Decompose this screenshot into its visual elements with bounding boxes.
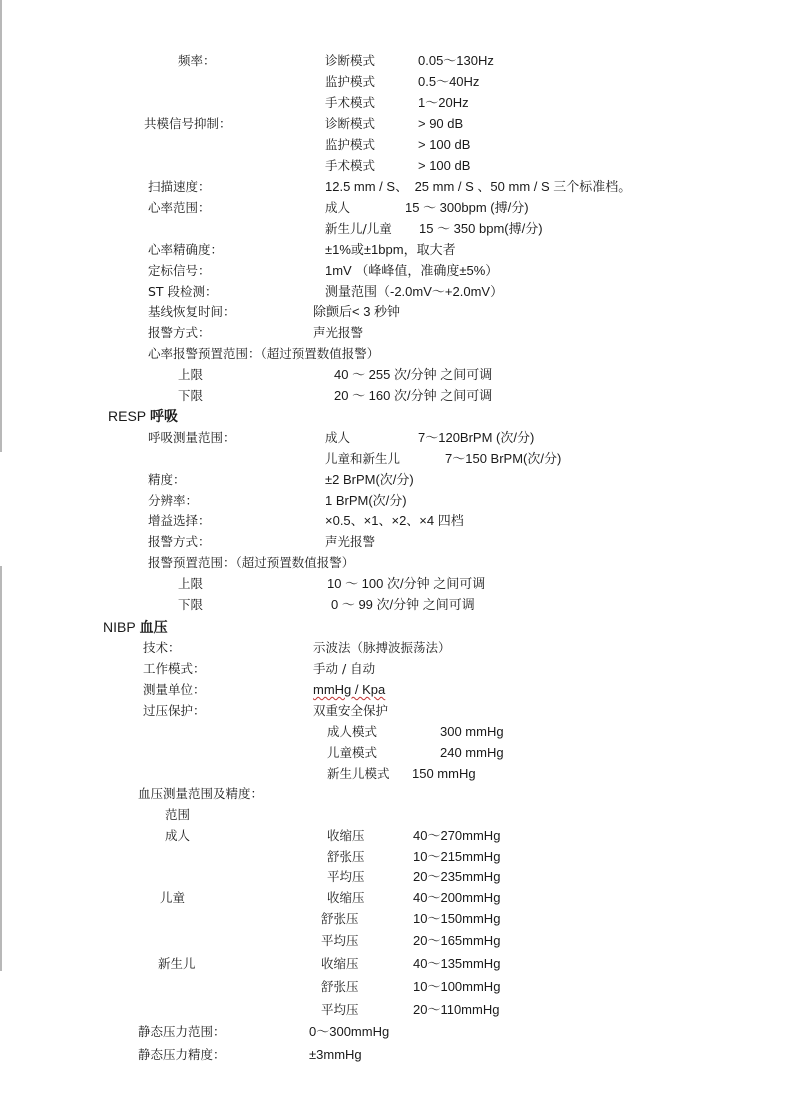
resp-title-en: RESP <box>108 408 146 424</box>
bp-type-value: 40～135mmHg <box>413 956 500 972</box>
mode-value: > 90 dB <box>418 116 463 132</box>
lower-limit-value: 0 ～ 99 次/分钟 之间可调 <box>331 597 475 613</box>
mode-label: 诊断模式 <box>325 116 375 132</box>
bp-type-label: 平均压 <box>321 1002 359 1018</box>
resp-title-cn: 呼吸 <box>150 408 178 424</box>
bp-type-label: 收缩压 <box>327 828 365 844</box>
page-edge-line <box>0 0 2 452</box>
bp-type-value: 10～150mmHg <box>413 911 500 927</box>
baseline-value: 除颤后< 3 秒钟 <box>313 304 400 320</box>
overpressure-value: 双重安全保护 <box>313 703 388 719</box>
resp-accuracy-label: 精度： <box>148 472 186 488</box>
group-value: 7～120BrPM (次/分) <box>418 430 534 446</box>
mode-label: 监护模式 <box>325 74 375 90</box>
mode-label: 手术模式 <box>325 158 375 174</box>
mode-value: 300 mmHg <box>440 724 504 740</box>
static-range-value: 0～300mmHg <box>309 1024 389 1040</box>
group-label: 儿童和新生儿 <box>325 451 400 467</box>
nibp-title-en: NIBP <box>103 619 136 635</box>
bp-type-label: 舒张压 <box>321 979 359 995</box>
baseline-label: 基线恢复时间： <box>148 304 236 320</box>
hr-accuracy-value: ±1%或±1bpm，取大者 <box>325 242 456 258</box>
st-value: 测量范围（-2.0mV～+2.0mV） <box>325 284 503 300</box>
group-value: 15 ～ 300bpm (搏/分) <box>405 200 529 216</box>
lower-limit-label: 下限 <box>178 388 203 404</box>
upper-limit-value: 40 ～ 255 次/分钟 之间可调 <box>334 367 492 383</box>
resp-range-label: 呼吸测量范围： <box>148 430 236 446</box>
mode-label: 手术模式 <box>325 95 375 111</box>
technique-label: 技术： <box>143 640 181 656</box>
hr-accuracy-label: 心率精确度： <box>148 242 223 258</box>
resp-alarm-label: 报警预置范围：（超过预置数值报警） <box>148 555 354 571</box>
calibration-label: 定标信号： <box>148 263 211 279</box>
st-label: ST 段检测： <box>148 284 218 300</box>
group-label: 新生儿 <box>158 956 196 972</box>
resp-section-heading: RESP 呼吸 <box>108 407 178 425</box>
mode-value: 1～20Hz <box>418 95 469 111</box>
resp-resolution-value: 1 BrPM(次/分) <box>325 493 407 509</box>
hr-alarm-label: 心率报警预置范围：（超过预置数值报警） <box>148 346 379 362</box>
mode-value: 150 mmHg <box>412 766 476 782</box>
work-mode-value: 手动 / 自动 <box>313 661 375 677</box>
alarm-mode-value: 声光报警 <box>313 325 363 341</box>
bp-type-value: 40～270mmHg <box>413 828 500 844</box>
calibration-value: 1mV （峰峰值，准确度±5%） <box>325 263 498 279</box>
lower-limit-label: 下限 <box>178 597 203 613</box>
sweep-speed-label: 扫描速度： <box>148 179 211 195</box>
nibp-section-heading: NIBP 血压 <box>103 618 168 636</box>
bp-type-value: 40～200mmHg <box>413 890 500 906</box>
bp-measure-label: 血压测量范围及精度： <box>138 786 263 802</box>
resp-alarm-mode-label: 报警方式： <box>148 534 211 550</box>
bp-type-value: 20～235mmHg <box>413 869 500 885</box>
mode-label: 诊断模式 <box>325 53 375 69</box>
technique-value: 示波法（脉搏波振荡法） <box>313 640 451 656</box>
unit-label: 测量单位： <box>143 682 206 698</box>
static-range-label: 静态压力范围： <box>138 1024 226 1040</box>
group-label: 成人 <box>325 430 350 446</box>
cmrr-label: 共模信号抑制： <box>144 116 232 132</box>
bp-type-label: 平均压 <box>321 933 359 949</box>
upper-limit-label: 上限 <box>178 367 203 383</box>
resp-gain-value: ×0.5、×1、×2、×4 四档 <box>325 513 464 529</box>
upper-limit-label: 上限 <box>178 576 203 592</box>
bp-type-label: 收缩压 <box>327 890 365 906</box>
mode-label: 新生儿模式 <box>327 766 390 782</box>
nibp-title-cn: 血压 <box>140 619 168 635</box>
mode-value: > 100 dB <box>418 137 470 153</box>
mode-value: 0.5～40Hz <box>418 74 479 90</box>
group-label: 成人 <box>325 200 350 216</box>
work-mode-label: 工作模式： <box>143 661 206 677</box>
group-label: 儿童 <box>160 890 185 906</box>
alarm-mode-label: 报警方式： <box>148 325 211 341</box>
group-label: 成人 <box>165 828 190 844</box>
sweep-speed-value: 12.5 mm / S、 25 mm / S 、50 mm / S 三个标准档。 <box>325 179 631 195</box>
page-edge-line <box>0 566 2 971</box>
lower-limit-value: 20 ～ 160 次/分钟 之间可调 <box>334 388 492 404</box>
bp-type-value: 20～110mmHg <box>413 1002 499 1018</box>
overpressure-label: 过压保护： <box>143 703 206 719</box>
bp-type-value: 20～165mmHg <box>413 933 500 949</box>
resp-alarm-mode-value: 声光报警 <box>325 534 375 550</box>
bp-type-value: 10～100mmHg <box>413 979 500 995</box>
mode-value: > 100 dB <box>418 158 470 174</box>
resp-gain-label: 增益选择： <box>148 513 211 529</box>
range-label: 范围 <box>165 807 190 823</box>
bp-type-label: 舒张压 <box>327 849 365 865</box>
upper-limit-value: 10 ～ 100 次/分钟 之间可调 <box>327 576 485 592</box>
bp-type-label: 平均压 <box>327 869 365 885</box>
hr-range-label: 心率范围： <box>148 200 211 216</box>
mode-label: 监护模式 <box>325 137 375 153</box>
resp-accuracy-value: ±2 BrPM(次/分) <box>325 472 414 488</box>
static-accuracy-label: 静态压力精度： <box>138 1047 226 1063</box>
bp-type-label: 舒张压 <box>321 911 359 927</box>
mode-value: 240 mmHg <box>440 745 504 761</box>
group-value: 15 ～ 350 bpm(搏/分) <box>419 221 543 237</box>
bp-type-value: 10～215mmHg <box>413 849 500 865</box>
group-label: 新生儿/儿童 <box>325 221 392 237</box>
mode-label: 成人模式 <box>327 724 377 740</box>
static-accuracy-value: ±3mmHg <box>309 1047 362 1063</box>
frequency-label: 频率： <box>178 53 216 69</box>
mode-value: 0.05～130Hz <box>418 53 494 69</box>
resp-resolution-label: 分辨率： <box>148 493 198 509</box>
group-value: 7～150 BrPM(次/分) <box>445 451 561 467</box>
bp-type-label: 收缩压 <box>321 956 359 972</box>
unit-value: mmHg / Kpa <box>313 682 385 698</box>
mode-label: 儿童模式 <box>327 745 377 761</box>
